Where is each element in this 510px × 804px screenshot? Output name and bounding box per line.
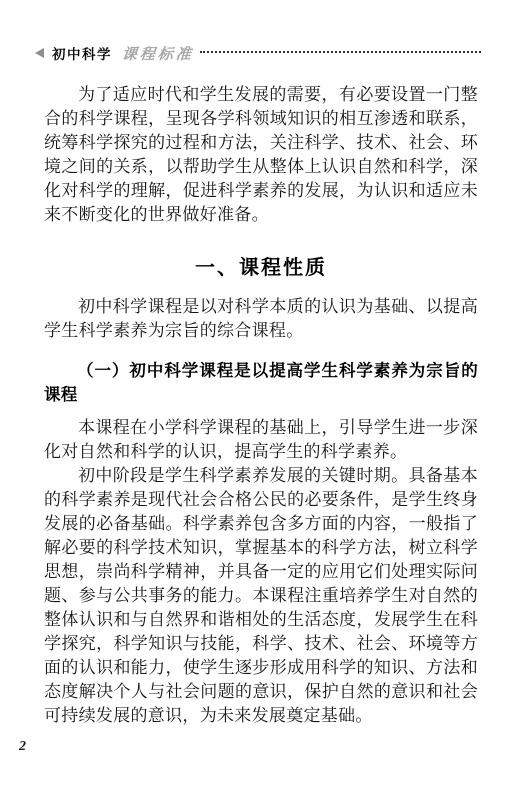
left-triangle-icon: [35, 48, 44, 58]
running-header: 初中科学 课程标准: [35, 45, 481, 61]
series-title: 初中科学: [52, 43, 112, 63]
intro-paragraph: 为了适应时代和学生发展的需要，有必要设置一门整合的科学课程，呈现各学科领域知识的…: [44, 83, 478, 227]
document-page: 初中科学 课程标准 为了适应时代和学生发展的需要，有必要设置一门整合的科学课程，…: [0, 0, 510, 804]
body-paragraph-2: 初中阶段是学生科学素养发展的关键时期。具备基本的科学素养是现代社会合格公民的必要…: [44, 464, 478, 728]
section-heading: 一、课程性质: [44, 255, 478, 281]
document-title: 课程标准: [121, 43, 195, 64]
page-number: 2: [19, 739, 26, 755]
body-paragraph-1: 本课程在小学科学课程的基础上，引导学生进一步深化对自然和科学的认识，提高学生的科…: [44, 416, 478, 464]
header-dotted-rule: [200, 51, 481, 53]
subsection-heading: （一）初中科学课程是以提高学生科学素养为宗旨的课程: [44, 359, 478, 407]
page-content: 为了适应时代和学生发展的需要，有必要设置一门整合的科学课程，呈现各学科领域知识的…: [44, 83, 478, 728]
section-intro-paragraph: 初中科学课程是以对科学本质的认识为基础、以提高学生科学素养为宗旨的综合课程。: [44, 295, 478, 343]
